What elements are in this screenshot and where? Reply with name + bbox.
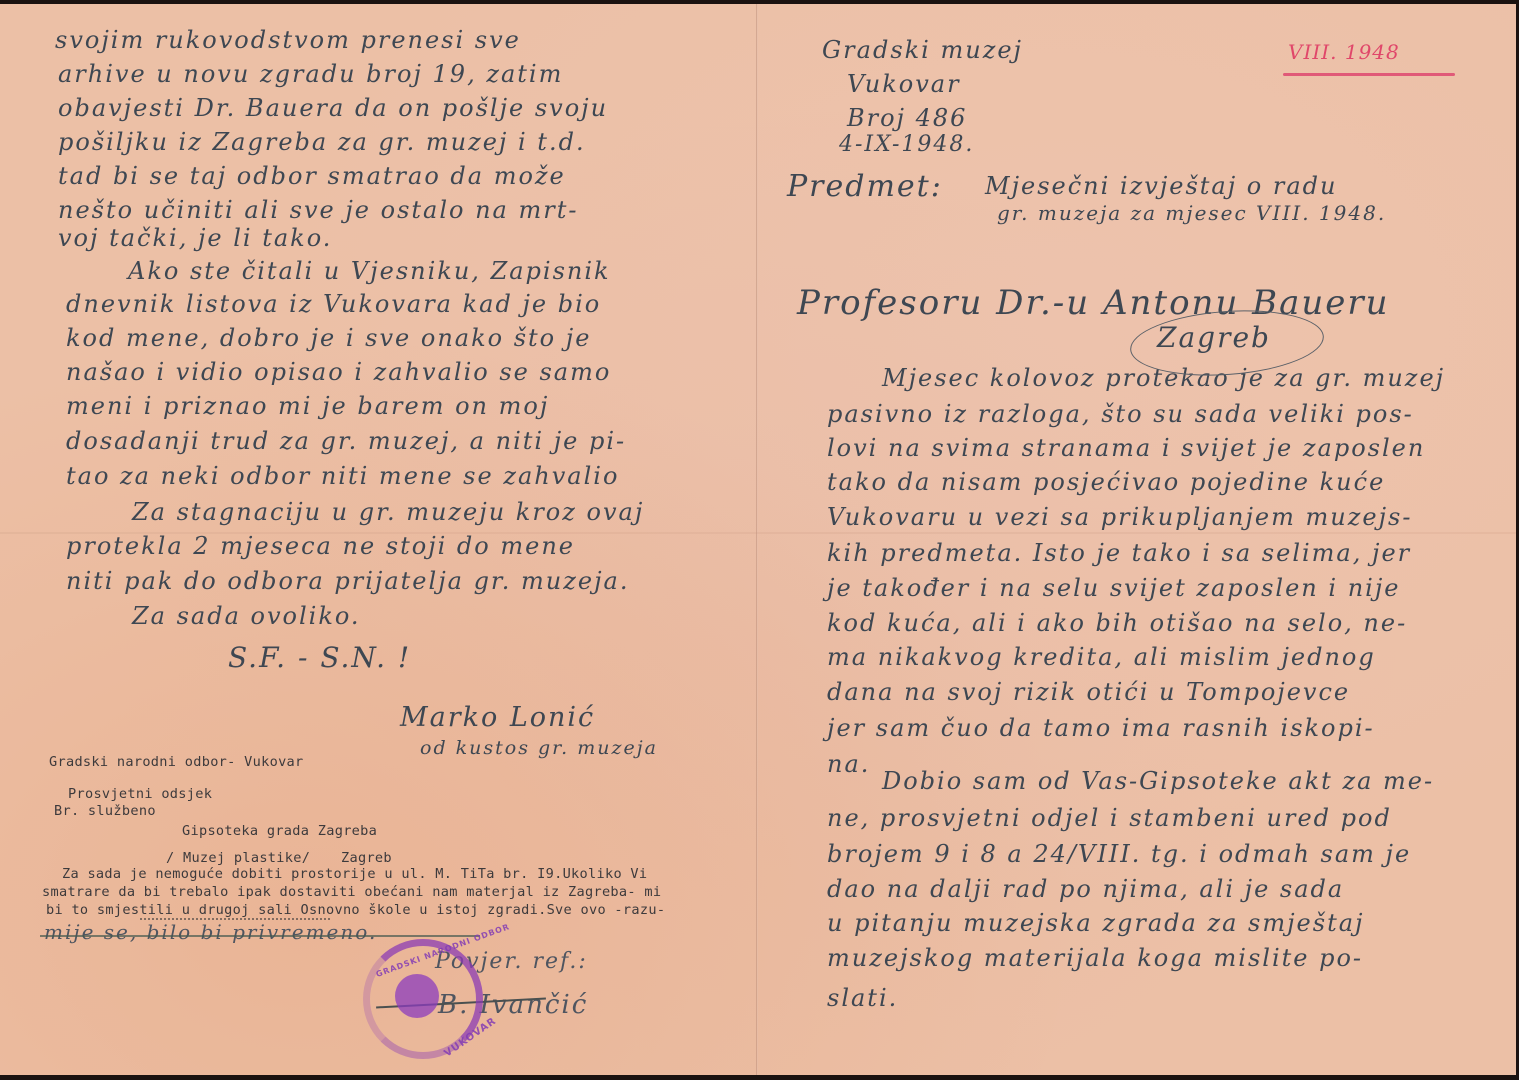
typed-body-line: bi to smjestili u drugoj sali Osnovno šk… [46, 904, 665, 918]
handwritten-line: tad bi se taj odbor smatrao da može [58, 164, 566, 188]
addressee: Profesoru Dr.-u Antonu Baueru [797, 286, 1390, 320]
signature-marko: Marko Lonić [400, 704, 595, 731]
handwritten-line: Za stagnaciju u gr. muzeju kroz ovaj [132, 500, 644, 524]
document-number: Broj 486 [847, 106, 967, 130]
right-page: Gradski muzej Vukovar Broj 486 4-IX-1948… [757, 4, 1516, 1075]
typed-ref: Br. službeno [54, 805, 156, 819]
handwritten-line: našao i vidio opisao i zahvalio se samo [66, 360, 611, 384]
handwritten-line: kod kuća, ali i ako bih otišao na selo, … [827, 611, 1407, 635]
handwritten-line: obavjesti Dr. Bauera da on pošlje svoju [58, 96, 608, 120]
handwritten-line: protekla 2 mjeseca ne stoji do mene [66, 534, 575, 558]
subject-label: Predmet: [787, 172, 943, 202]
typed-sender: Gradski narodni odbor- Vukovar [49, 756, 304, 770]
typed-recipient-sub: / Muzej plastike/ [166, 852, 310, 866]
handwritten-line: nešto učiniti ali sve je ostalo na mrt- [58, 198, 578, 222]
handwritten-line: S.F. - S.N. ! [228, 644, 411, 672]
handwritten-line: tako da nisam posjećivao pojedine kuće [827, 470, 1385, 494]
typed-department: Prosvjetni odsjek [68, 788, 212, 802]
subject-line-2: gr. muzeja za mjesec VIII. 1948. [997, 203, 1386, 223]
stamp-emblem [395, 974, 439, 1018]
handwritten-line: u pitanju muzejska zgrada za smještaj [827, 911, 1364, 935]
typed-body-line: Za sada je nemoguće dobiti prostorije u … [62, 868, 647, 882]
typed-recipient: Gipsoteka grada Zagreba [182, 825, 377, 839]
handwritten-line: ma nikakvog kredita, ali mislim jednog [827, 645, 1376, 669]
handwritten-line: svojim rukovodstvom prenesi sve [55, 28, 521, 52]
handwritten-line: dosadanji trud za gr. muzej, a niti je p… [66, 429, 626, 453]
handwritten-line: dao na dalji rad po njima, ali je sada [827, 877, 1344, 901]
handwritten-line: kod mene, dobro je i sve onako što je [66, 326, 591, 350]
handwritten-line: muzejskog materijala koga mislite po- [827, 946, 1363, 970]
handwritten-line: Dobio sam od Vas-Gipsoteke akt za me- [882, 769, 1434, 793]
handwritten-line: jer sam čuo da tamo ima rasnih iskopi- [827, 716, 1375, 740]
handwritten-line: lovi na svima stranama i svijet je zapos… [827, 436, 1425, 460]
handwritten-line: na. [827, 752, 870, 776]
handwritten-line: brojem 9 i 8 a 24/VIII. tg. i odmah sam … [827, 842, 1411, 866]
red-pencil-annotation: VIII. 1948 [1288, 40, 1400, 64]
subject-line-1: Mjesečni izvještaj o radu [985, 174, 1337, 198]
handwritten-line: arhive u novu zgradu broj 19, zatim [58, 62, 563, 86]
handwritten-line: Za sada ovoliko. [132, 604, 361, 628]
strike-line [40, 935, 480, 937]
handwritten-line: slati. [827, 986, 898, 1010]
typed-recipient-city: Zagreb [341, 852, 392, 866]
institution-name: Gradski muzej [822, 38, 1023, 62]
handwritten-line: Vukovaru u vezi sa prikupljanjem muzejs- [827, 505, 1412, 529]
handwritten-line: pošiljku iz Zagreba za gr. muzej i t.d. [58, 130, 586, 154]
handwritten-line: meni i priznao mi je barem on moj [66, 394, 549, 418]
handwritten-line: niti pak do odbora prijatelja gr. muzeja… [66, 569, 629, 593]
scanned-document: svojim rukovodstvom prenesi sve arhive u… [0, 4, 1516, 1075]
handwritten-line: je također i na selu svijet zaposlen i n… [827, 576, 1400, 600]
handwritten-line: tao za neki odbor niti mene se zahvalio [66, 464, 619, 488]
institution-city: Vukovar [847, 72, 961, 96]
handwritten-continuation: mije se, bilo bi privremeno. [44, 922, 377, 942]
handwritten-line: pasivno iz razloga, što su sada veliki p… [827, 402, 1414, 426]
typed-body-line: smatrare da bi trebalo ipak dostaviti ob… [42, 886, 661, 900]
handwritten-line: dana na svoj rizik otići u Tompojevce [827, 680, 1350, 704]
red-pencil-underline [1283, 73, 1455, 76]
left-page: svojim rukovodstvom prenesi sve arhive u… [0, 4, 757, 1075]
handwritten-line: Ako ste čitali u Vjesniku, Zapisnik [128, 259, 611, 283]
handwritten-line: dnevnik listova iz Vukovara kad je bio [66, 292, 601, 316]
signature-title: od kustos gr. muzeja [420, 739, 658, 758]
handwritten-line: kih predmeta. Isto je tako i sa selima, … [827, 541, 1411, 565]
document-date: 4-IX-1948. [839, 134, 974, 156]
handwritten-line: voj tački, je li tako. [58, 226, 332, 250]
handwritten-line: ne, prosvjetni odjel i stambeni ured pod [827, 806, 1392, 830]
